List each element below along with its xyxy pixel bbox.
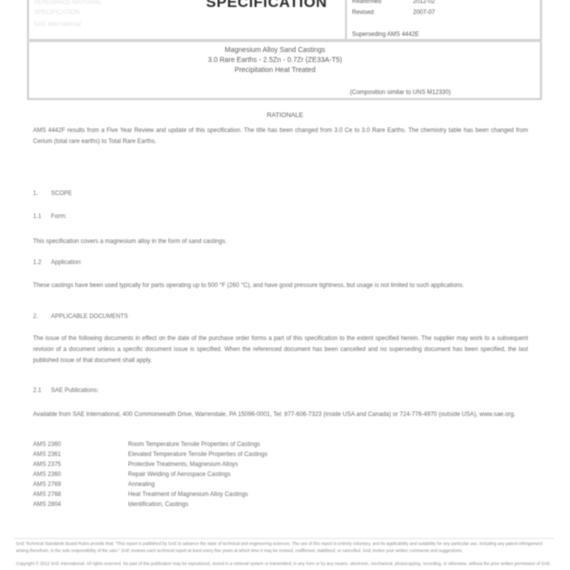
application-text: These castings have been used typically … [33, 281, 528, 292]
reference-item: AMS 2804Identification, Castings [33, 500, 453, 510]
rationale-text: AMS 4442F results from a Five Year Revie… [33, 126, 528, 148]
meta-value: 2007-07 [413, 10, 435, 16]
document-title: Magnesium Alloy Sand Castings 3.0 Rare E… [150, 46, 400, 76]
title-line: 3.0 Rare Earths - 2.5Zn - 0.7Zr (ZE33A-T… [150, 56, 400, 66]
header-org-line: AEROSPACE MATERIAL [34, 0, 102, 6]
title-line: Precipitation Heat Treated [150, 66, 400, 76]
reference-item: AMS 2769Annealing [33, 480, 453, 490]
section-heading-form: 1.1Form: [33, 214, 67, 220]
reference-item: AMS 2768Heat Treatment of Magnesium Allo… [33, 490, 453, 500]
reference-item: AMS 2361Elevated Temperature Tensile Pro… [33, 450, 453, 460]
reference-item: AMS 2360Repair Welding of Aerospace Cast… [33, 470, 453, 480]
meta-value: 2012-02 [413, 0, 435, 5]
reference-item: AMS 2375Protective Treatments, Magnesium… [33, 460, 453, 470]
form-text: This specification covers a magnesium al… [33, 237, 528, 248]
reference-list: AMS 2360Room Temperature Tensile Propert… [33, 440, 453, 510]
meta-label: Revised [352, 10, 374, 16]
section-heading-application: 1.2Application: [33, 260, 82, 266]
footer-disclaimer: SAE Technical Standards Board Rules prov… [16, 541, 556, 554]
header-divider [27, 39, 542, 42]
rationale-heading: RATIONALE [0, 112, 570, 119]
section-heading-applicable-documents: 2.APPLICABLE DOCUMENTS [33, 314, 128, 320]
section-heading-sae-publications: 2.1SAE Publications: [33, 388, 99, 394]
spec-type-title: SPECIFICATION [206, 0, 327, 11]
title-line: Magnesium Alloy Sand Castings [150, 46, 400, 56]
header-vertical-divider [345, 0, 347, 40]
document-page: AEROSPACE MATERIAL SPECIFICATION SAE Int… [0, 0, 570, 570]
reference-item: AMS 2360Room Temperature Tensile Propert… [33, 440, 453, 450]
applicable-documents-text: The issue of the following documents in … [33, 334, 528, 367]
footer-divider [14, 538, 554, 539]
header-org-line: SPECIFICATION [34, 10, 80, 16]
meta-label: Reaffirmed [352, 0, 381, 5]
sae-publications-text: Available from SAE International, 400 Co… [33, 410, 528, 421]
footer-copyright: Copyright © 2012 SAE International. All … [16, 561, 556, 568]
composition-note: (Composition similar to UNS M12330) [350, 90, 451, 96]
section-heading-scope: 1.SCOPE [33, 191, 72, 197]
header-org-line: SAE International [34, 22, 81, 28]
superseding-note: Superseding AMS 4442E [352, 32, 419, 38]
